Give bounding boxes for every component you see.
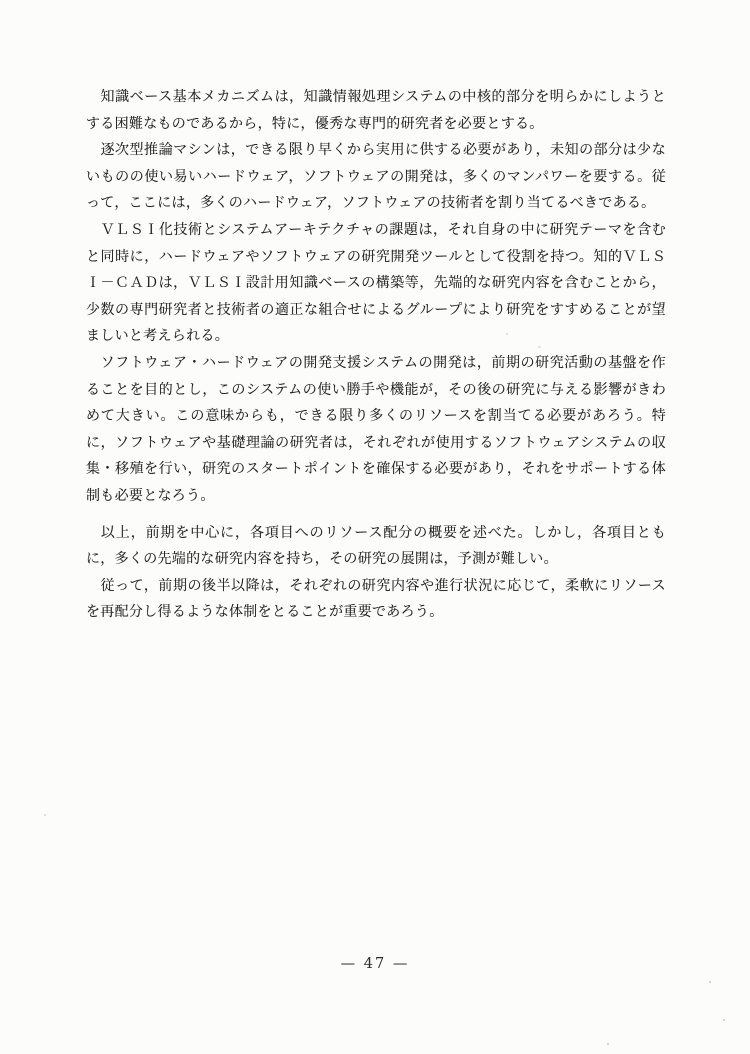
- scan-speckle: [607, 1043, 609, 1045]
- scan-speckle: [506, 333, 508, 335]
- scan-speckle: [538, 346, 541, 348]
- paragraph-knowledge-base: 知識ベース基本メカニズムは，知識情報処理システムの中核的部分を明らかにしようとす…: [86, 84, 666, 137]
- scan-speckle: [709, 981, 711, 983]
- scan-speckle: [44, 814, 46, 816]
- paragraph-summary: 以上，前期を中心に，各項目へのリソース配分の概要を述べた。しかし，各項目ともに，…: [86, 520, 666, 573]
- paragraph-conclusion: 従って，前期の後半以降は，それぞれの研究内容や進行状況に応じて，柔軟にリソースを…: [86, 573, 666, 626]
- paragraph-development-support-system: ソフトウェア・ハードウェアの開発支援システムの開発は，前期の研究活動の基盤を作る…: [86, 350, 666, 510]
- scan-speckle: [723, 1019, 725, 1021]
- paragraph-vlsi: ＶＬＳＩ化技術とシステムアーキテクチャの課題は，それ自身の中に研究テーマを含むと…: [86, 217, 666, 350]
- paragraph-sequential-inference-machine: 逐次型推論マシンは，できる限り早くから実用に供する必要があり，未知の部分は少ない…: [86, 137, 666, 217]
- scanned-document-page: 知識ベース基本メカニズムは，知識情報処理システムの中核的部分を明らかにしようとす…: [0, 0, 750, 1054]
- page-number: — 47 —: [0, 956, 750, 972]
- body-text: 知識ベース基本メカニズムは，知識情報処理システムの中核的部分を明らかにしようとす…: [86, 84, 666, 626]
